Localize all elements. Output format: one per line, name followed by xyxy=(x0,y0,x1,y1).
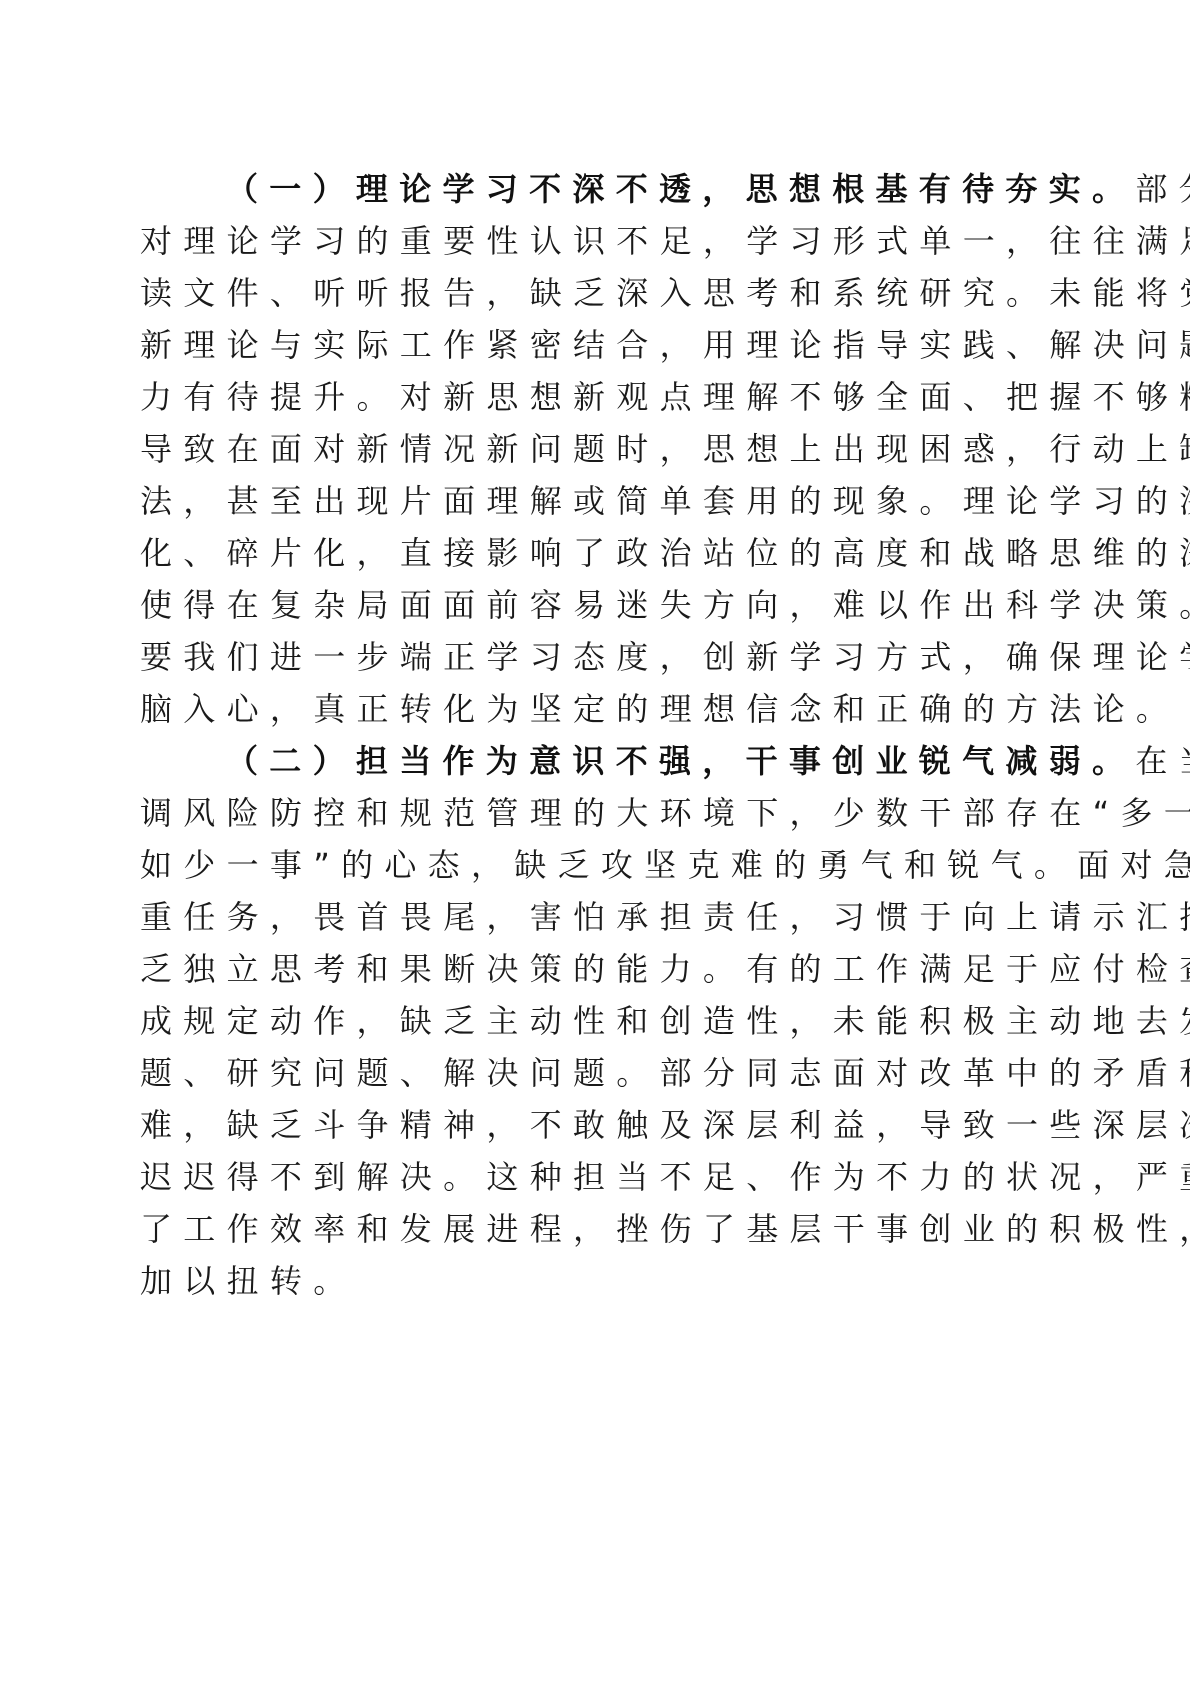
paragraph-line: （一）理论学习不深不透，思想根基有待夯实。部分同志 xyxy=(140,163,970,215)
paragraph-line: 脑入心，真正转化为坚定的理想信念和正确的方法论。 xyxy=(140,683,970,735)
paragraph-text: 脑入心，真正转化为坚定的理想信念和正确的方法论。 xyxy=(140,690,1179,728)
paragraph-text: 难，缺乏斗争精神，不敢触及深层利益，导致一些深层次问题 xyxy=(140,1106,1190,1144)
paragraph-text: 化、碎片化，直接影响了政治站位的高度和战略思维的深度， xyxy=(140,534,1190,572)
paragraph-line: 对理论学习的重要性认识不足，学习形式单一，往往满足于读 xyxy=(140,215,970,267)
paragraph-line: 如少一事”的心态，缺乏攻坚克难的勇气和锐气。面对急难险 xyxy=(140,839,970,891)
paragraph-heading: （二）担当作为意识不强，干事创业锐气减弱。 xyxy=(226,742,1135,780)
paragraph-line: 题、研究问题、解决问题。部分同志面对改革中的矛盾和困 xyxy=(140,1047,970,1099)
paragraph-line: 加以扭转。 xyxy=(140,1255,970,1307)
paragraph-text: 重任务，畏首畏尾，害怕承担责任，习惯于向上请示汇报，缺 xyxy=(140,898,1190,936)
paragraph-text: 新理论与实际工作紧密结合，用理论指导实践、解决问题的能 xyxy=(140,326,1190,364)
paragraph-line: （二）担当作为意识不强，干事创业锐气减弱。在当前强 xyxy=(140,735,970,787)
paragraph-heading: （一）理论学习不深不透，思想根基有待夯实。 xyxy=(226,170,1135,208)
paragraph-text: 使得在复杂局面面前容易迷失方向，难以作出科学决策。这需 xyxy=(140,586,1190,624)
paragraph-text: 成规定动作，缺乏主动性和创造性，未能积极主动地去发现问 xyxy=(140,1002,1190,1040)
paragraph-text: 部分同志 xyxy=(1135,170,1190,208)
paragraph-text: 乏独立思考和果断决策的能力。有的工作满足于应付检查、完 xyxy=(140,950,1190,988)
paragraph-text: 如少一事”的心态，缺乏攻坚克难的勇气和锐气。面对急难险 xyxy=(140,846,1190,884)
paragraph-text: 读文件、听听报告，缺乏深入思考和系统研究。未能将党的创 xyxy=(140,274,1190,312)
paragraph-line: 成规定动作，缺乏主动性和创造性，未能积极主动地去发现问 xyxy=(140,995,970,1047)
paragraph-text: 力有待提升。对新思想新观点理解不够全面、把握不够精准， xyxy=(140,378,1190,416)
paragraph-text: 了工作效率和发展进程，挫伤了基层干事创业的积极性，必须 xyxy=(140,1210,1190,1248)
paragraph-1: （一）理论学习不深不透，思想根基有待夯实。部分同志 对理论学习的重要性认识不足，… xyxy=(140,163,970,735)
paragraph-line: 读文件、听听报告，缺乏深入思考和系统研究。未能将党的创 xyxy=(140,267,970,319)
paragraph-line: 新理论与实际工作紧密结合，用理论指导实践、解决问题的能 xyxy=(140,319,970,371)
paragraph-line: 导致在面对新情况新问题时，思想上出现困惑，行动上缺乏章 xyxy=(140,423,970,475)
paragraph-line: 使得在复杂局面面前容易迷失方向，难以作出科学决策。这需 xyxy=(140,579,970,631)
paragraph-line: 重任务，畏首畏尾，害怕承担责任，习惯于向上请示汇报，缺 xyxy=(140,891,970,943)
paragraph-text: 导致在面对新情况新问题时，思想上出现困惑，行动上缺乏章 xyxy=(140,430,1190,468)
paragraph-line: 化、碎片化，直接影响了政治站位的高度和战略思维的深度， xyxy=(140,527,970,579)
document-body: （一）理论学习不深不透，思想根基有待夯实。部分同志 对理论学习的重要性认识不足，… xyxy=(140,163,970,1307)
paragraph-text: 迟迟得不到解决。这种担当不足、作为不力的状况，严重影响 xyxy=(140,1158,1190,1196)
paragraph-line: 迟迟得不到解决。这种担当不足、作为不力的状况，严重影响 xyxy=(140,1151,970,1203)
paragraph-text: 调风险防控和规范管理的大环境下，少数干部存在“多一事不 xyxy=(140,794,1190,832)
paragraph-text: 要我们进一步端正学习态度，创新学习方式，确保理论学习入 xyxy=(140,638,1190,676)
paragraph-2: （二）担当作为意识不强，干事创业锐气减弱。在当前强 调风险防控和规范管理的大环境… xyxy=(140,735,970,1307)
document-page: （一）理论学习不深不透，思想根基有待夯实。部分同志 对理论学习的重要性认识不足，… xyxy=(0,0,1190,1683)
paragraph-text: 加以扭转。 xyxy=(140,1262,357,1300)
paragraph-line: 力有待提升。对新思想新观点理解不够全面、把握不够精准， xyxy=(140,371,970,423)
paragraph-line: 难，缺乏斗争精神，不敢触及深层利益，导致一些深层次问题 xyxy=(140,1099,970,1151)
paragraph-line: 法，甚至出现片面理解或简单套用的现象。理论学习的浅表 xyxy=(140,475,970,527)
paragraph-line: 要我们进一步端正学习态度，创新学习方式，确保理论学习入 xyxy=(140,631,970,683)
paragraph-text: 对理论学习的重要性认识不足，学习形式单一，往往满足于读 xyxy=(140,222,1190,260)
paragraph-line: 乏独立思考和果断决策的能力。有的工作满足于应付检查、完 xyxy=(140,943,970,995)
paragraph-text: 在当前强 xyxy=(1135,742,1190,780)
paragraph-line: 了工作效率和发展进程，挫伤了基层干事创业的积极性，必须 xyxy=(140,1203,970,1255)
paragraph-text: 题、研究问题、解决问题。部分同志面对改革中的矛盾和困 xyxy=(140,1054,1190,1092)
paragraph-line: 调风险防控和规范管理的大环境下，少数干部存在“多一事不 xyxy=(140,787,970,839)
paragraph-text: 法，甚至出现片面理解或简单套用的现象。理论学习的浅表 xyxy=(140,482,1190,520)
